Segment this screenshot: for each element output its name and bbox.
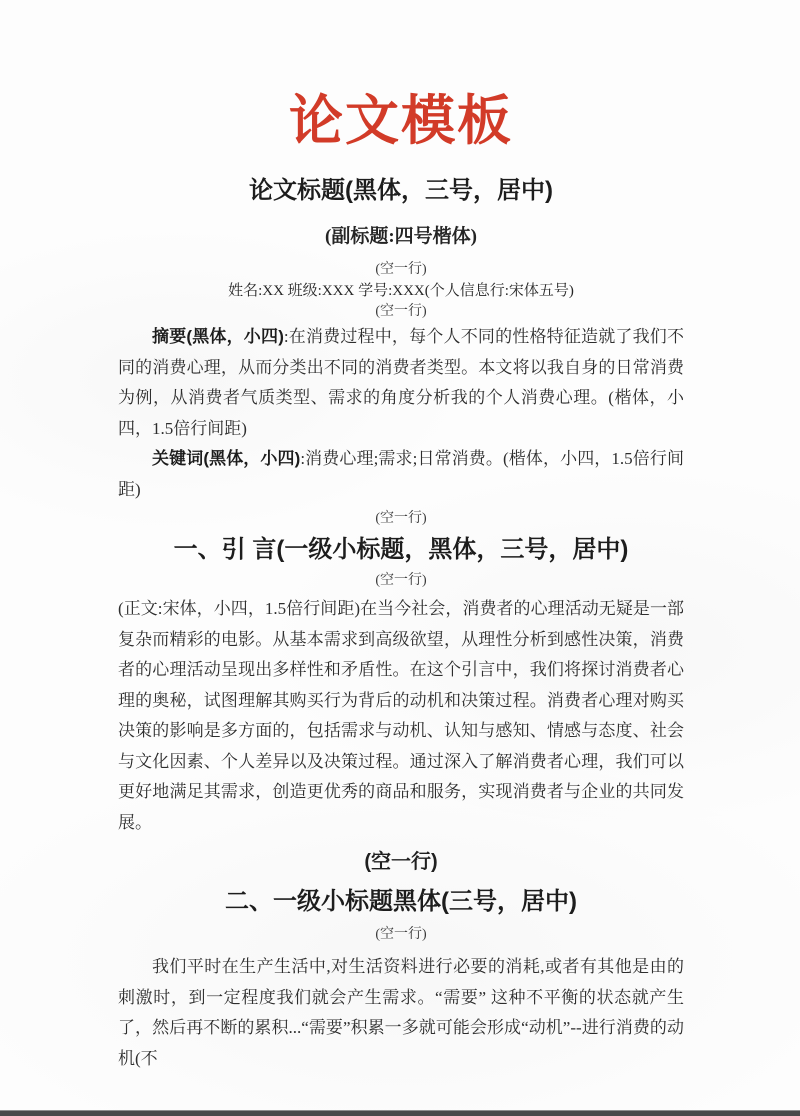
photo-bottom-edge-bar: [0, 1110, 800, 1116]
section-2-heading: 二、一级小标题黑体(三号，居中): [118, 888, 684, 915]
abstract-label: 摘要(黑体，小四): [152, 327, 284, 346]
blank-line-note-1: (空一行): [118, 262, 684, 278]
keywords-paragraph: 关键词(黑体，小四):消费心理;需求;日常消费。(楷体，小四，1.5倍行间距): [118, 444, 684, 505]
keywords-label: 关键词(黑体，小四): [152, 449, 300, 468]
blank-line-note-5: (空一行): [118, 927, 684, 943]
document-content: 论文模板 论文标题(黑体，三号，居中) (副标题:四号楷体) (空一行) 姓名:…: [0, 90, 800, 1074]
section-1-body: (正文:宋体，小四，1.5倍行间距)在当今社会，消费者的心理活动无疑是一部复杂而…: [118, 594, 684, 838]
section-2-body: 我们平时在生产生活中,对生活资料进行必要的消耗,或者有其他是由的刺激时，到一定程…: [118, 952, 684, 1074]
subtitle-guide: (副标题:四号楷体): [118, 226, 684, 248]
section-1-heading: 一、引 言(一级小标题，黑体，三号，居中): [118, 536, 684, 563]
paper-title-guide: 论文标题(黑体，三号，居中): [118, 177, 684, 204]
blank-line-note-2: (空一行): [118, 304, 684, 320]
blank-line-note-4: (空一行): [118, 573, 684, 589]
blank-line-note-3: (空一行): [118, 511, 684, 527]
personal-info-line: 姓名:XX 班级:XXX 学号:XXX(个人信息行:宋体五号): [118, 283, 684, 300]
abstract-paragraph: 摘要(黑体，小四):在消费过程中，每个人不同的性格特征造就了我们不同的消费心理，…: [118, 322, 684, 444]
document-page: 论文模板 论文标题(黑体，三号，居中) (副标题:四号楷体) (空一行) 姓名:…: [0, 0, 800, 1116]
main-title: 论文模板: [118, 90, 684, 152]
blank-line-note-large: (空一行): [118, 850, 684, 874]
